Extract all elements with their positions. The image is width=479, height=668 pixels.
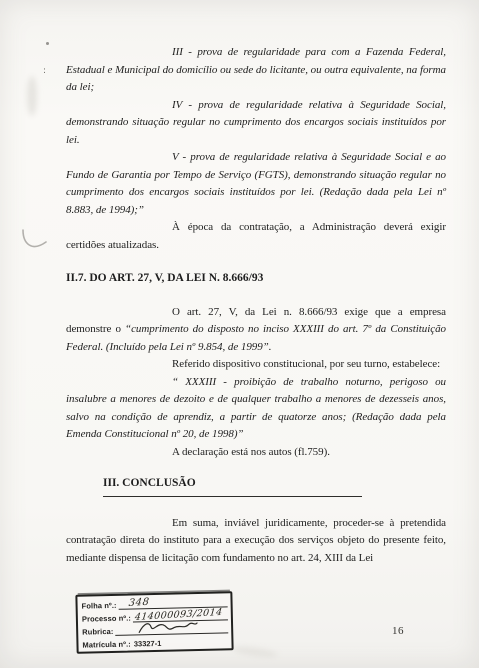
scanned-document-page: : III - prova de regularidade para com a…: [0, 0, 479, 668]
scan-dot-mark: [46, 42, 49, 45]
paragraph-referido-dispositivo: Referido dispositivo constitucional, por…: [66, 356, 446, 374]
constitution-quote-xxxiii: “ XXXIII - proibição de trabalho noturno…: [66, 374, 446, 444]
rubrica-write-line: [115, 620, 228, 636]
matricula-value: 33327-1: [134, 639, 162, 649]
document-body: III - prova de regularidade para com a F…: [66, 44, 446, 567]
paragraph-declaracao-autos: A declaração está nos autos (fl.759).: [66, 444, 446, 462]
law-quote-item-iii: III - prova de regularidade para com a F…: [66, 44, 446, 97]
folha-handwritten-value: 348: [128, 598, 150, 609]
page-number: 16: [392, 625, 404, 637]
section-heading-conclusao-underline: III. CONCLUSÃO: [103, 475, 362, 497]
law-quote-item-iv: IV - prova de regularidade relativa à Se…: [66, 97, 446, 150]
paragraph-epoca-contratacao: À época da contratação, a Administração …: [66, 219, 446, 254]
scan-smudge-mark: [27, 76, 37, 116]
section-heading-ii7: II.7. DO ART. 27, V, DA LEI N. 8.666/93: [66, 270, 446, 288]
pen-stroke-mark: [20, 226, 50, 258]
law-quote-item-v: V - prova de regularidade relativa à Seg…: [66, 149, 446, 219]
section-heading-conclusao: III. CONCLUSÃO: [103, 477, 196, 489]
scan-streak-mark: [232, 645, 279, 659]
paragraph-conclusao: Em suma, inviável juridicamente, procede…: [66, 515, 446, 568]
process-stamp: Folha nº.: 348 Processo nº.: 414000093/2…: [75, 591, 233, 654]
rubrica-label: Rubrica:: [82, 627, 113, 637]
matricula-label: Matrícula nº.:: [82, 640, 131, 650]
rubrica-signature-icon: [137, 619, 199, 635]
folha-label: Folha nº.:: [82, 601, 117, 611]
scan-colon-mark: :: [43, 66, 46, 76]
paragraph-art27: O art. 27, V, da Lei n. 8.666/93 exige q…: [66, 304, 446, 357]
